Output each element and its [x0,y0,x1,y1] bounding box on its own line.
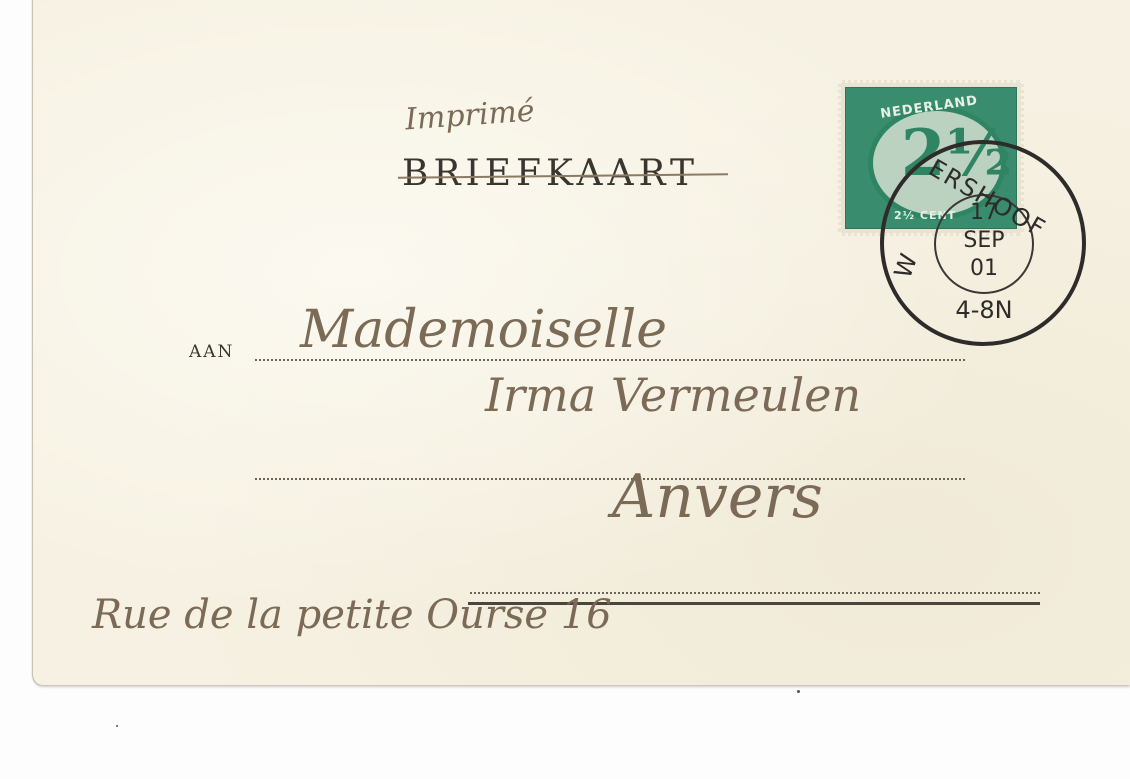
address-line-mademoiselle: Mademoiselle [300,300,667,360]
street-line: Rue de la petite Ourse 16 [92,592,612,638]
postmark-day: 17 [934,200,1034,225]
addressee-label: AAN [189,342,234,362]
address-line-2 [255,478,965,480]
paper-speck [116,725,118,727]
postmark-time: 4-8N [934,296,1034,324]
postmark-town-left: W [889,250,923,282]
postmark: W ERSHOOF 17 SEP 01 4-8N [880,140,1086,346]
paper-speck [797,690,800,693]
postmark-year: 01 [934,256,1034,281]
postmark-month: SEP [934,228,1034,253]
address-line-name: Irma Vermeulen [485,368,861,422]
address-line-city: Anvers [612,462,823,532]
